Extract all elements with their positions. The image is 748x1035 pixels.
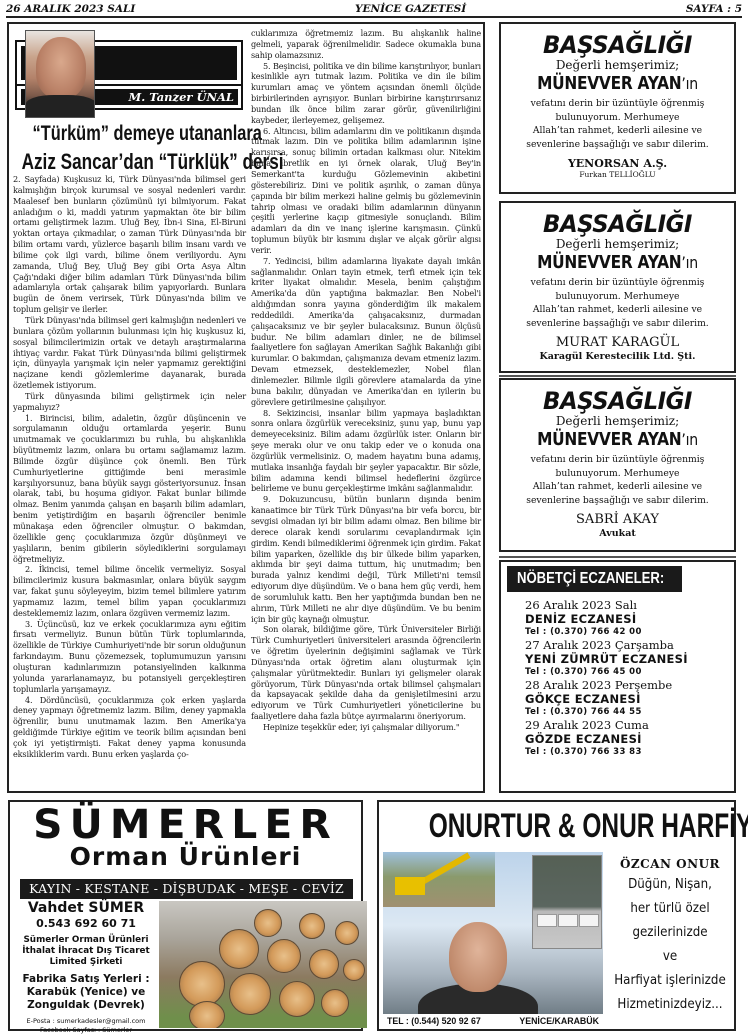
service-line: gezilerinizde xyxy=(613,920,727,944)
company-line: Limited Şirketi xyxy=(16,957,156,968)
paragraph: Türk Dünyası'nda bilimsel geri kalmışlığ… xyxy=(13,315,246,391)
pharmacy-name: GÖZDE ECZANESİ xyxy=(525,732,735,746)
condolence-ad-karagul: BAŞSAĞLIĞI Değerli hemşerimiz; MÜNEVVER … xyxy=(499,201,736,373)
article-column-2: cuklarımıza öğretmemiz lazım. Bu alışkan… xyxy=(251,28,481,733)
paragraph: 1. Birincisi, bilim, adaletin, özgür düş… xyxy=(13,413,246,565)
wood-types-bar: KAYIN - KESTANE - DİŞBUDAK - MEŞE - CEVİ… xyxy=(20,879,353,899)
pharmacy-name: DENİZ ECZANESİ xyxy=(525,612,735,626)
contact-phone: 0.543 692 60 71 xyxy=(16,917,156,931)
newspaper-name: YENİCE GAZETESİ xyxy=(355,3,466,15)
condolence-body: vefatını derin bir üzüntüyle öğrenmiş bu… xyxy=(501,276,734,330)
onurtur-advertisement: ONURTUR & ONUR HARFİYAT TEL : (0.544) 52… xyxy=(377,800,736,1031)
sumerler-contact-info: Vahdet SÜMER 0.543 692 60 71 Sümerler Or… xyxy=(16,900,156,1035)
service-line: Hizmetinizdeyiz... xyxy=(613,992,727,1016)
masthead: 26 ARALIK 2023 SALI YENİCE GAZETESİ SAYF… xyxy=(6,2,742,18)
company-line: Sümerler Orman Ürünleri xyxy=(16,935,156,946)
paragraph: Son olarak, bildiğime göre, Türk Ünivers… xyxy=(251,624,481,722)
onurtur-location: YENİCE/KARABÜK xyxy=(519,1014,599,1029)
author-photo xyxy=(25,30,95,118)
paragraph: 5. Beşincisi, politika ve din bilime kar… xyxy=(251,61,481,126)
condolence-signature: SABRİ AKAY xyxy=(501,512,734,528)
pharmacy-phone: Tel : (0.370) 766 44 55 xyxy=(525,706,735,718)
onurtur-services: ÖZCAN ONUR Düğün, Nişan, her türlü özel … xyxy=(605,856,735,1016)
issue-date: 26 ARALIK 2023 SALI xyxy=(6,3,135,15)
onurtur-title: ONURTUR & ONUR HARFİYAT xyxy=(429,806,685,846)
log-pile-photo xyxy=(159,901,367,1028)
contact-name: Vahdet SÜMER xyxy=(16,900,156,917)
pharmacy-list: 26 Aralık 2023 Salı DENİZ ECZANESİ Tel :… xyxy=(525,598,735,758)
divider xyxy=(499,556,736,558)
paragraph: 2. İkincisi, temel bilime öncelik vermel… xyxy=(13,564,246,618)
page-number: SAYFA : 5 xyxy=(686,3,742,15)
condolence-signature-sub: Avukat xyxy=(501,528,734,540)
service-line: Düğün, Nişan, xyxy=(613,872,727,896)
sumerler-advertisement: SÜMERLER Orman Ürünleri KAYIN - KESTANE … xyxy=(8,800,363,1031)
onurtur-contact-bar: TEL : (0.544) 520 92 67 YENİCE/KARABÜK xyxy=(383,1014,603,1029)
service-line: ve xyxy=(613,944,727,968)
paragraph: 8. Sekizincisi, insanlar bilim yapmaya b… xyxy=(251,408,481,495)
condolence-ad-akay: BAŞSAĞLIĞI Değerli hemşerimiz; MÜNEVVER … xyxy=(499,378,736,552)
sumerler-logo-title: SÜMERLER xyxy=(6,804,364,846)
owner-photo xyxy=(433,922,523,1015)
deceased-name: MÜNEVVER AYAN’ın xyxy=(515,252,720,274)
onurtur-photo-collage xyxy=(383,852,603,1015)
paragraph: cuklarımıza öğretmemiz lazım. Bu alışkan… xyxy=(251,28,481,61)
condolence-title: BAŞSAĞLIĞI xyxy=(507,32,728,58)
paragraph: 2. Sayfada) Kuşkusuz ki, Türk Dünyası'nd… xyxy=(13,174,246,315)
pharmacy-date: 27 Aralık 2023 Çarşamba xyxy=(525,638,735,652)
article-header: M. Tanzer ÜNAL “Türküm” demeye utananlar… xyxy=(13,28,245,174)
article-column-1: 2. Sayfada) Kuşkusuz ki, Türk Dünyası'nd… xyxy=(13,174,246,760)
paragraph: 7. Yedincisi, bilim adamlarına liyakate … xyxy=(251,256,481,408)
deceased-name: MÜNEVVER AYAN’ın xyxy=(515,73,720,95)
condolence-ad-yenorsan: BAŞSAĞLIĞI Değerli hemşerimiz; MÜNEVVER … xyxy=(499,22,736,194)
condolence-signature-sub: Furkan TELLİOĞLU xyxy=(501,170,734,180)
pharmacy-phone: Tel : (0.370) 766 33 83 xyxy=(525,746,735,758)
condolence-signature: MURAT KARAGÜL xyxy=(501,335,734,351)
pharmacy-name: YENİ ZÜMRÜT ECZANESİ xyxy=(525,652,735,666)
condolence-signature: YENORSAN A.Ş. xyxy=(501,157,734,170)
factory-line: Zonguldak (Devrek) xyxy=(16,999,156,1012)
pharmacy-item: 27 Aralık 2023 Çarşamba YENİ ZÜMRÜT ECZA… xyxy=(525,638,735,678)
condolence-title: BAŞSAĞLIĞI xyxy=(507,388,728,414)
on-duty-pharmacies: NÖBETÇİ ECZANELER: 26 Aralık 2023 Salı D… xyxy=(499,560,736,793)
owner-name: ÖZCAN ONUR xyxy=(605,856,735,872)
pharmacy-phone: Tel : (0.370) 766 45 00 xyxy=(525,666,735,678)
pharmacies-title: NÖBETÇİ ECZANELER: xyxy=(507,566,682,592)
paragraph: Türk dünyasında bilimi geliştirmek için … xyxy=(13,391,246,413)
paragraph: 9. Dokuzuncusu, bütün bunların dışında b… xyxy=(251,494,481,624)
condolence-greeting: Değerli hemşerimiz; xyxy=(501,237,734,252)
condolence-title: BAŞSAĞLIĞI xyxy=(507,211,728,237)
vans-photo xyxy=(532,855,602,949)
article-box: M. Tanzer ÜNAL “Türküm” demeye utananlar… xyxy=(7,22,485,793)
condolence-signature-sub: Karagül Kerestecilik Ltd. Şti. xyxy=(501,351,734,363)
condolence-body: vefatını derin bir üzüntüyle öğrenmiş bu… xyxy=(501,453,734,507)
headline-line-1: “Türküm” demeye utananlara xyxy=(33,122,228,146)
onurtur-phone: TEL : (0.544) 520 92 67 xyxy=(387,1014,481,1029)
pharmacy-phone: Tel : (0.370) 766 42 00 xyxy=(525,626,735,638)
paragraph: Hepinize teşekkür eder, iyi çalışmalar d… xyxy=(251,722,481,733)
pharmacy-item: 29 Aralık 2023 Cuma GÖZDE ECZANESİ Tel :… xyxy=(525,718,735,758)
condolence-body: vefatını derin bir üzüntüyle öğrenmiş bu… xyxy=(501,97,734,151)
pharmacy-date: 26 Aralık 2023 Salı xyxy=(525,598,735,612)
pharmacy-item: 28 Aralık 2023 Perşembe GÖKÇE ECZANESİ T… xyxy=(525,678,735,718)
paragraph: 3. Üçüncüsü, kız ve erkek çocuklarımıza … xyxy=(13,619,246,695)
pharmacy-name: GÖKÇE ECZANESİ xyxy=(525,692,735,706)
paragraph: 4. Dördüncüsü, çocuklarımıza çok erken y… xyxy=(13,695,246,760)
pharmacy-item: 26 Aralık 2023 Salı DENİZ ECZANESİ Tel :… xyxy=(525,598,735,638)
factory-line: Fabrika Satış Yerleri : xyxy=(16,973,156,986)
divider xyxy=(499,375,736,377)
pharmacy-date: 29 Aralık 2023 Cuma xyxy=(525,718,735,732)
service-line: her türlü özel xyxy=(613,896,727,920)
company-line: İthalat İhracat Dış Ticaret xyxy=(16,946,156,957)
factory-line: Karabük (Yenice) ve xyxy=(16,986,156,999)
condolence-greeting: Değerli hemşerimiz; xyxy=(501,58,734,73)
paragraph: 6. Altıncısı, bilim adamlarını din ve po… xyxy=(251,126,481,256)
service-line: Harfiyat işlerinizde xyxy=(613,968,727,992)
email-text: E-Posta : sumerkadesler@gmail.com xyxy=(16,1017,156,1026)
pharmacy-date: 28 Aralık 2023 Perşembe xyxy=(525,678,735,692)
excavator-photo xyxy=(383,852,495,907)
deceased-name: MÜNEVVER AYAN’ın xyxy=(515,429,720,451)
facebook-text: Facebook Sayfası : Sümerler xyxy=(16,1026,156,1035)
headline-line-2: Aziz Sancar’dan “Türklük” dersi xyxy=(22,149,239,175)
condolence-greeting: Değerli hemşerimiz; xyxy=(501,414,734,429)
sumerler-subtitle: Orman Ürünleri xyxy=(10,842,361,872)
